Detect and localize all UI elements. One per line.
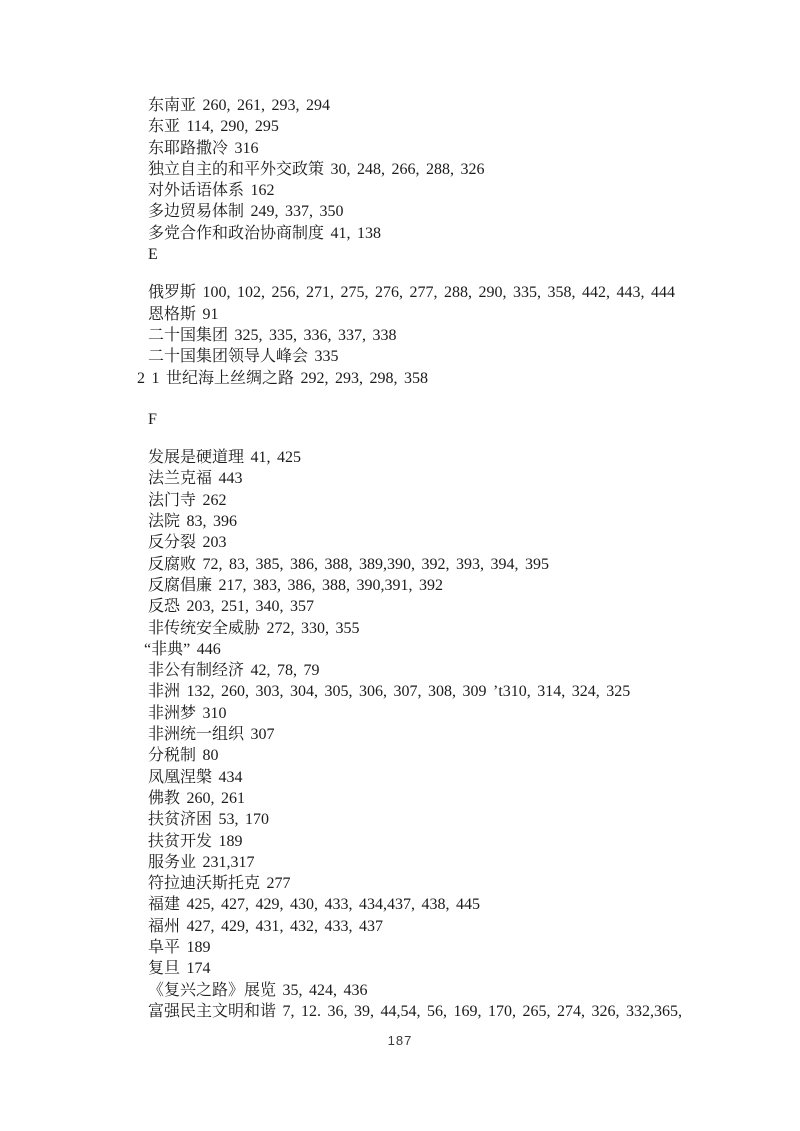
index-entry: 服务业 231,317 <box>148 852 748 873</box>
index-entry: 阜平 189 <box>148 937 748 958</box>
index-entry: 符拉迪沃斯托克 277 <box>148 873 748 894</box>
index-entry: 非洲梦 310 <box>148 703 748 724</box>
index-entry: 恩格斯 91 <box>148 304 748 325</box>
section-entries: 俄罗斯 100, 102, 256, 271, 275, 276, 277, 2… <box>148 282 748 388</box>
index-entry: 复旦 174 <box>148 958 748 979</box>
index-entry: 反分裂 203 <box>148 532 748 553</box>
index-entry: “非典” 446 <box>144 639 748 660</box>
section-entries: 东南亚 260, 261, 293, 294东亚 114, 290, 295东耶… <box>148 95 748 244</box>
index-section: E俄罗斯 100, 102, 256, 271, 275, 276, 277, … <box>148 244 748 389</box>
page-number: 187 <box>0 1033 800 1048</box>
index-entry: 福建 425, 427, 429, 430, 433, 434,437, 438… <box>148 894 748 915</box>
index-entry: 凤凰涅槃 434 <box>148 767 748 788</box>
index-entries: 东南亚 260, 261, 293, 294东亚 114, 290, 295东耶… <box>148 95 748 1022</box>
index-entry: 扶贫开发 189 <box>148 831 748 852</box>
index-entry: 二十国集团领导人峰会 335 <box>148 346 748 367</box>
index-entry: 福州 427, 429, 431, 432, 433, 437 <box>148 916 748 937</box>
index-entry: 发展是硬道理 41, 425 <box>148 447 748 468</box>
index-entry: 非洲 132, 260, 303, 304, 305, 306, 307, 30… <box>148 681 748 702</box>
index-entry: 分税制 80 <box>148 745 748 766</box>
index-entry: 二十国集团 325, 335, 336, 337, 338 <box>148 325 748 346</box>
book-index-page: 东南亚 260, 261, 293, 294东亚 114, 290, 295东耶… <box>0 0 800 1131</box>
index-entry: 非传统安全威胁 272, 330, 355 <box>148 618 748 639</box>
index-entry: 法院 83, 396 <box>148 511 748 532</box>
index-entry: 俄罗斯 100, 102, 256, 271, 275, 276, 277, 2… <box>148 282 748 303</box>
section-entries: 发展是硬道理 41, 425法兰克福 443法门寺 262法院 83, 396反… <box>148 447 748 1022</box>
index-entry: 佛教 260, 261 <box>148 788 748 809</box>
section-letter: E <box>148 244 748 265</box>
index-entry: 对外话语体系 162 <box>148 180 748 201</box>
index-section: 东南亚 260, 261, 293, 294东亚 114, 290, 295东耶… <box>148 95 748 244</box>
index-entry: 东亚 114, 290, 295 <box>148 116 748 137</box>
index-entry: 非洲统一组织 307 <box>148 724 748 745</box>
index-entry: 独立自主的和平外交政策 30, 248, 266, 288, 326 <box>148 159 748 180</box>
index-section: F发展是硬道理 41, 425法兰克福 443法门寺 262法院 83, 396… <box>148 409 748 1022</box>
index-entry: 多党合作和政治协商制度 41, 138 <box>148 223 748 244</box>
index-entry: 东耶路撒冷 316 <box>148 138 748 159</box>
index-entry: 扶贫济困 53, 170 <box>148 809 748 830</box>
index-entry: 反恐 203, 251, 340, 357 <box>148 596 748 617</box>
index-entry: 反腐败 72, 83, 385, 386, 388, 389,390, 392,… <box>148 554 748 575</box>
index-entry: 多边贸易体制 249, 337, 350 <box>148 201 748 222</box>
index-entry: 反腐倡廉 217, 383, 386, 388, 390,391, 392 <box>148 575 748 596</box>
index-entry: 《复兴之路》展览 35, 424, 436 <box>148 980 748 1001</box>
section-letter: F <box>148 409 748 430</box>
index-entry: 法门寺 262 <box>148 490 748 511</box>
index-entry: 法兰克福 443 <box>148 468 748 489</box>
index-entry: 非公有制经济 42, 78, 79 <box>148 660 748 681</box>
index-entry: 东南亚 260, 261, 293, 294 <box>148 95 748 116</box>
index-entry: 2 1 世纪海上丝绸之路 292, 293, 298, 358 <box>137 368 748 389</box>
index-entry: 富强民主文明和谐 7, 12. 36, 39, 44,54, 56, 169, … <box>148 1001 748 1022</box>
